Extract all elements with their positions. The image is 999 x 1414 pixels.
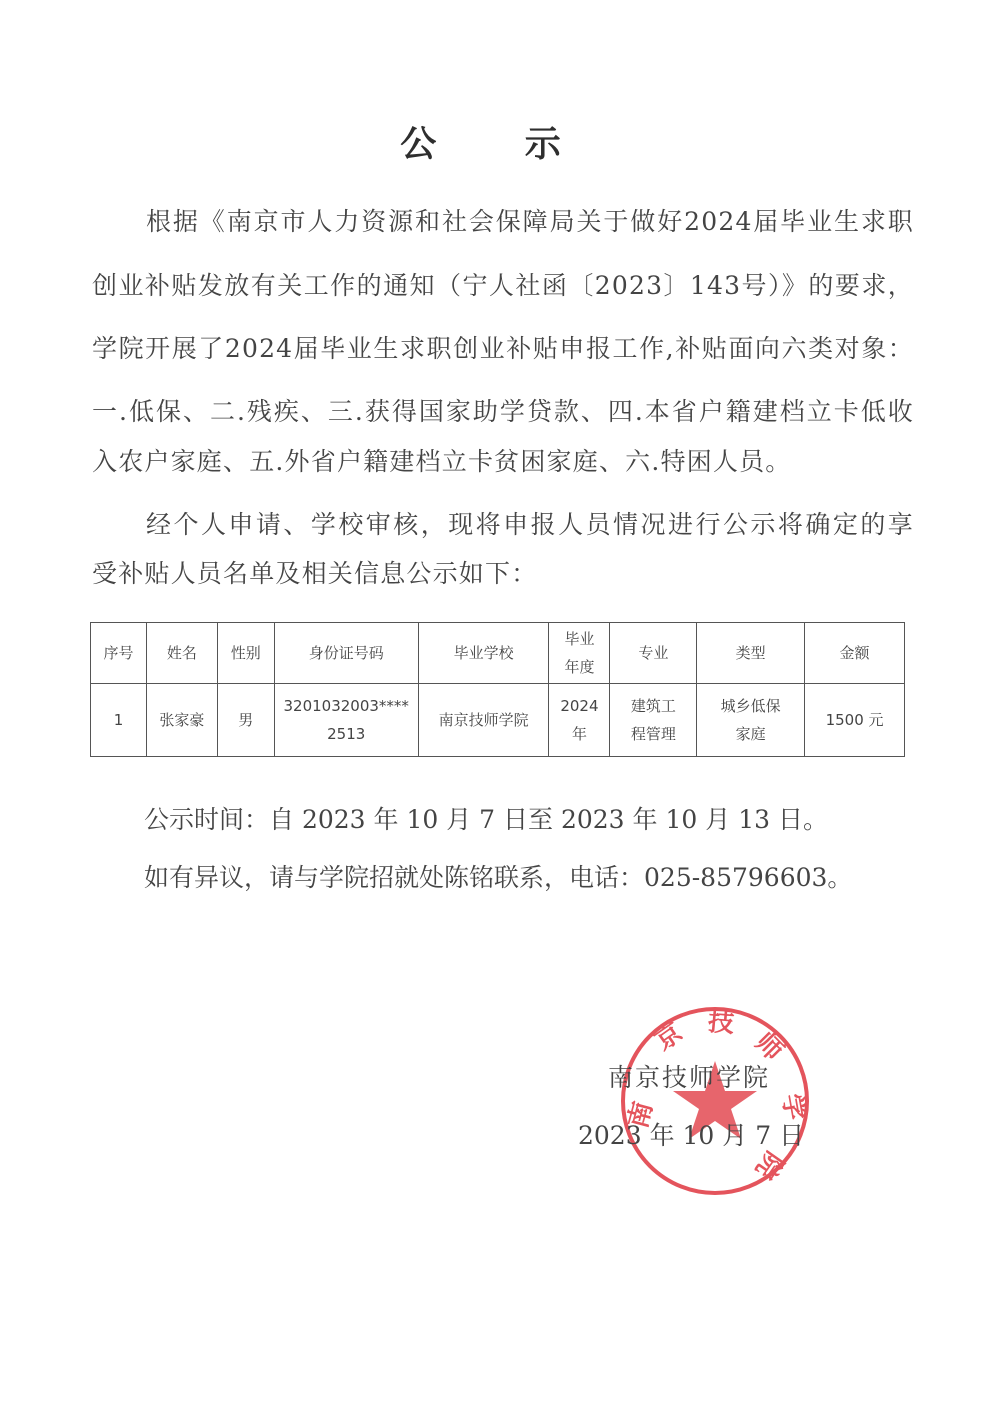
paragraph-2-line-1: 经个人申请、学校审核，现将申报人员情况进行公示将确定的享 <box>146 505 914 541</box>
table-row: 1 张家豪 男 3201032003**** 2513 南京技师学院 2024 … <box>91 684 905 757</box>
paragraph-2-line-2: 受补贴人员名单及相关信息公示如下： <box>92 554 914 590</box>
cell-year-line-2: 年 <box>551 720 607 748</box>
header-name: 姓名 <box>146 623 217 684</box>
cell-type: 城乡低保 家庭 <box>697 684 805 757</box>
paragraph-1-line-3: 学院开展了2024届毕业生求职创业补贴申报工作,补贴面向六类对象： <box>92 329 914 365</box>
cell-name: 张家豪 <box>146 684 217 757</box>
header-index: 序号 <box>91 623 147 684</box>
cell-type-line-1: 城乡低保 <box>699 692 802 720</box>
cell-amount: 1500 元 <box>805 684 905 757</box>
cell-id-line-1: 3201032003**** <box>277 692 416 720</box>
cell-year-line-1: 2024 <box>551 692 607 720</box>
cell-id-number: 3201032003**** 2513 <box>274 684 418 757</box>
paragraph-1-line-4: 一.低保、二.残疾、三.获得国家助学贷款、四.本省户籍建档立卡低收 <box>92 392 914 428</box>
cell-school: 南京技师学院 <box>418 684 549 757</box>
cell-id-line-2: 2513 <box>277 720 416 748</box>
publicity-period: 公示时间：自 2023 年 10 月 7 日至 2023 年 10 月 13 日… <box>144 800 828 836</box>
header-major: 专业 <box>610 623 697 684</box>
cell-index: 1 <box>91 684 147 757</box>
contact-info: 如有异议，请与学院招就处陈铭联系，电话：025-85796603。 <box>144 858 852 894</box>
subsidy-table: 序号 姓名 性别 身份证号码 毕业学校 毕业 年度 专业 类型 金额 1 张家豪… <box>90 622 905 757</box>
seal-char-3: 技 <box>707 1007 736 1039</box>
header-amount: 金额 <box>805 623 905 684</box>
header-type: 类型 <box>697 623 805 684</box>
cell-major: 建筑工 程管理 <box>610 684 697 757</box>
official-seal-icon: 南 京 技 师 学 院 <box>617 1003 813 1199</box>
notice-title: 公 示 <box>0 116 999 167</box>
cell-type-line-2: 家庭 <box>699 720 802 748</box>
header-school: 毕业学校 <box>418 623 549 684</box>
signature-org: 南京技师学院 <box>608 1058 770 1094</box>
cell-major-line-2: 程管理 <box>612 720 694 748</box>
header-id-number: 身份证号码 <box>274 623 418 684</box>
paragraph-1-line-1: 根据《南京市人力资源和社会保障局关于做好2024届毕业生求职 <box>146 202 914 238</box>
signature-date: 2023 年 10 月 7 日 <box>578 1116 804 1152</box>
header-grad-year-line-1: 毕业 <box>551 625 607 653</box>
cell-grad-year: 2024 年 <box>549 684 610 757</box>
cell-gender: 男 <box>217 684 274 757</box>
header-gender: 性别 <box>217 623 274 684</box>
cell-major-line-1: 建筑工 <box>612 692 694 720</box>
paragraph-1-line-5: 入农户家庭、五.外省户籍建档立卡贫困家庭、六.特困人员。 <box>92 442 914 478</box>
seal-char-2: 京 <box>649 1016 688 1056</box>
table-header-row: 序号 姓名 性别 身份证号码 毕业学校 毕业 年度 专业 类型 金额 <box>91 623 905 684</box>
paragraph-1-line-2: 创业补贴发放有关工作的通知（宁人社函〔2023〕143号）》的要求， <box>92 266 914 302</box>
header-grad-year-line-2: 年度 <box>551 653 607 681</box>
header-grad-year: 毕业 年度 <box>549 623 610 684</box>
